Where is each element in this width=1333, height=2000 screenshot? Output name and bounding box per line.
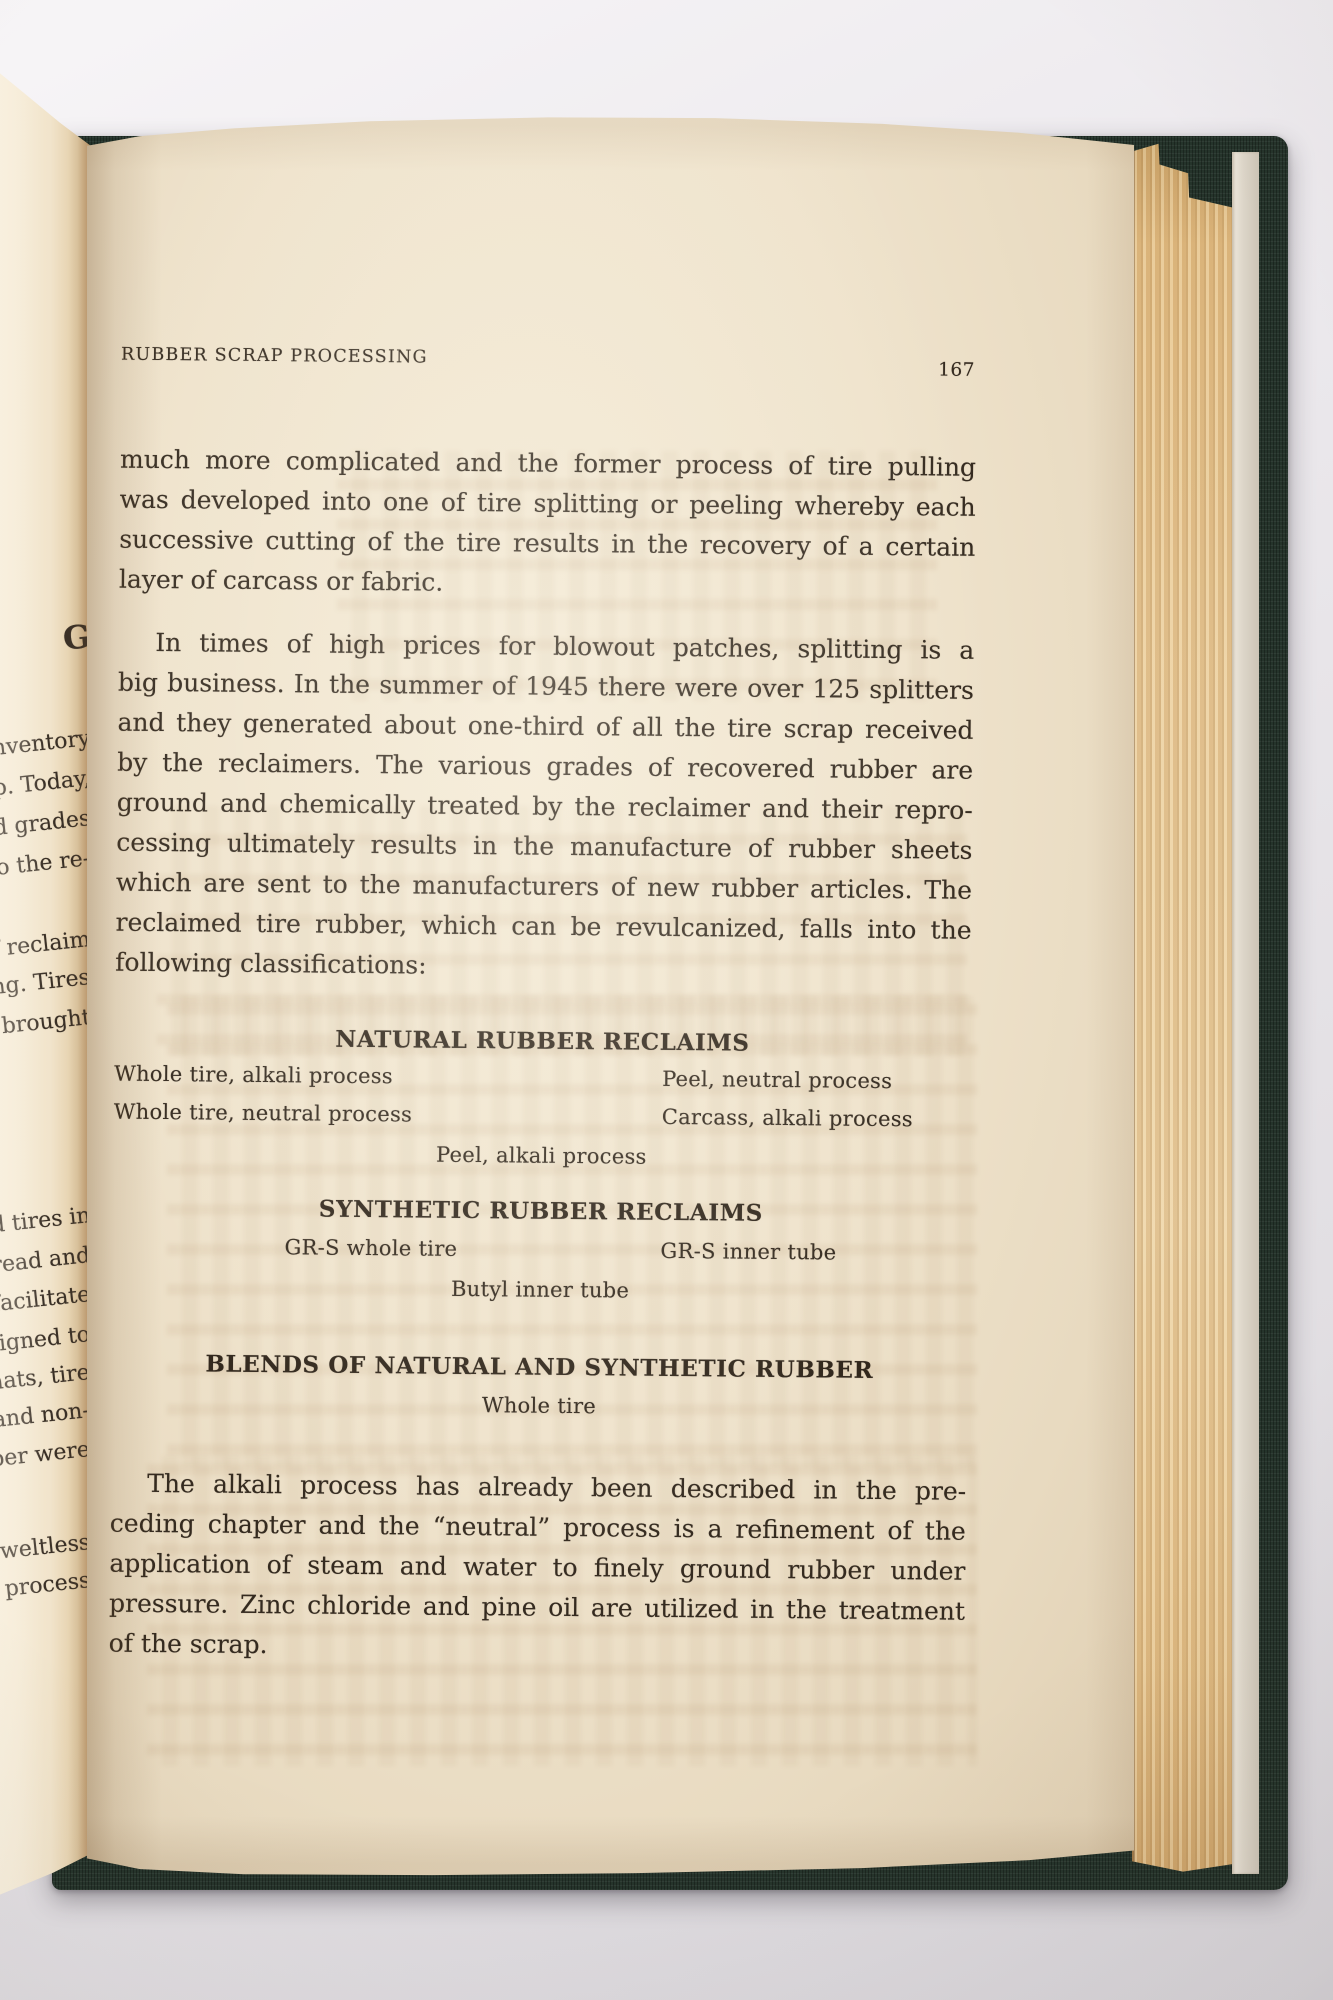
left-page-text-fragment: ent to the re- — [0, 846, 91, 886]
left-page: G d an inventory scrap. Today, undred gr… — [0, 66, 97, 1902]
left-page-text-fragment: scrap. Today, — [0, 766, 91, 806]
page-number: 167 — [938, 359, 975, 380]
list-row: Butyl inner tube — [112, 1274, 968, 1322]
list-item: Butyl inner tube — [451, 1277, 629, 1303]
text-line: following classifications: — [115, 943, 971, 991]
left-page-text-fragment: rubber were — [0, 1437, 91, 1476]
body-paragraph-3: The alkali process has already been desc… — [109, 1464, 967, 1672]
left-page-text-fragment: very process — [0, 1568, 91, 1608]
list-item: Peel, alkali process — [436, 1143, 647, 1169]
list-item: GR-S inner tube — [660, 1239, 836, 1265]
left-page-text-fragment: cessing. Tires — [0, 965, 91, 1006]
left-page-text-fragment: d an inventory — [0, 726, 91, 768]
left-page-text-fragment: to mats, tire — [0, 1360, 91, 1399]
left-page-text-fragment: n old tires in — [0, 1203, 91, 1243]
list-item: GR-S whole tire — [284, 1235, 457, 1261]
book-photo: G d an inventory scrap. Today, undred gr… — [0, 0, 1333, 2000]
left-page-text-fragment: undred grades — [0, 806, 91, 848]
page-content: RUBBER SCRAP PROCESSING 167 much more co… — [106, 116, 979, 1884]
list-item: Carcass, alkali process — [662, 1105, 913, 1131]
section-heading-blends: BLENDS OF NATURAL AND SYNTHETIC RUBBER — [111, 1350, 967, 1385]
left-page-text-fragment: 5 and brought — [0, 1005, 91, 1046]
left-page-text-fragment: ains weltless — [0, 1530, 91, 1570]
list-row: Peel, alkali process — [113, 1140, 969, 1188]
book-page: RUBBER SCRAP PROCESSING 167 much more co… — [87, 116, 1134, 1876]
left-page-text-fragment: he tread and — [0, 1243, 91, 1283]
endpaper-edge — [1232, 152, 1259, 1874]
left-page-text-fragment: rce of reclaim — [0, 927, 91, 968]
left-page-text-fragment: r to facilitate — [0, 1282, 91, 1322]
running-title: RUBBER SCRAP PROCESSING — [121, 345, 428, 368]
left-page-text-fragment: lls and non- — [0, 1398, 91, 1436]
list-item: Whole tire — [482, 1393, 596, 1418]
section-heading-natural-rubber-reclaims: NATURAL RUBBER RECLAIMS — [114, 1024, 970, 1059]
left-page-text-fragment: designed to — [0, 1322, 91, 1360]
section-heading-synthetic-rubber-reclaims: SYNTHETIC RUBBER RECLAIMS — [113, 1194, 969, 1229]
list-item: Peel, neutral process — [662, 1067, 892, 1093]
page-header: RUBBER SCRAP PROCESSING 167 — [121, 345, 977, 373]
list-item: Whole tire, neutral process — [114, 1100, 413, 1127]
body-paragraph-1: much more complicated and the former pro… — [119, 440, 976, 608]
text-line: layer of carcass or fabric. — [119, 560, 975, 608]
list-item: Whole tire, alkali process — [114, 1062, 393, 1089]
list-row: Whole tire — [111, 1390, 967, 1438]
page-edges — [1132, 142, 1234, 1876]
body-paragraph-2: In times of high prices for blowout patc… — [115, 623, 974, 991]
text-line: of the scrap. — [109, 1624, 965, 1672]
